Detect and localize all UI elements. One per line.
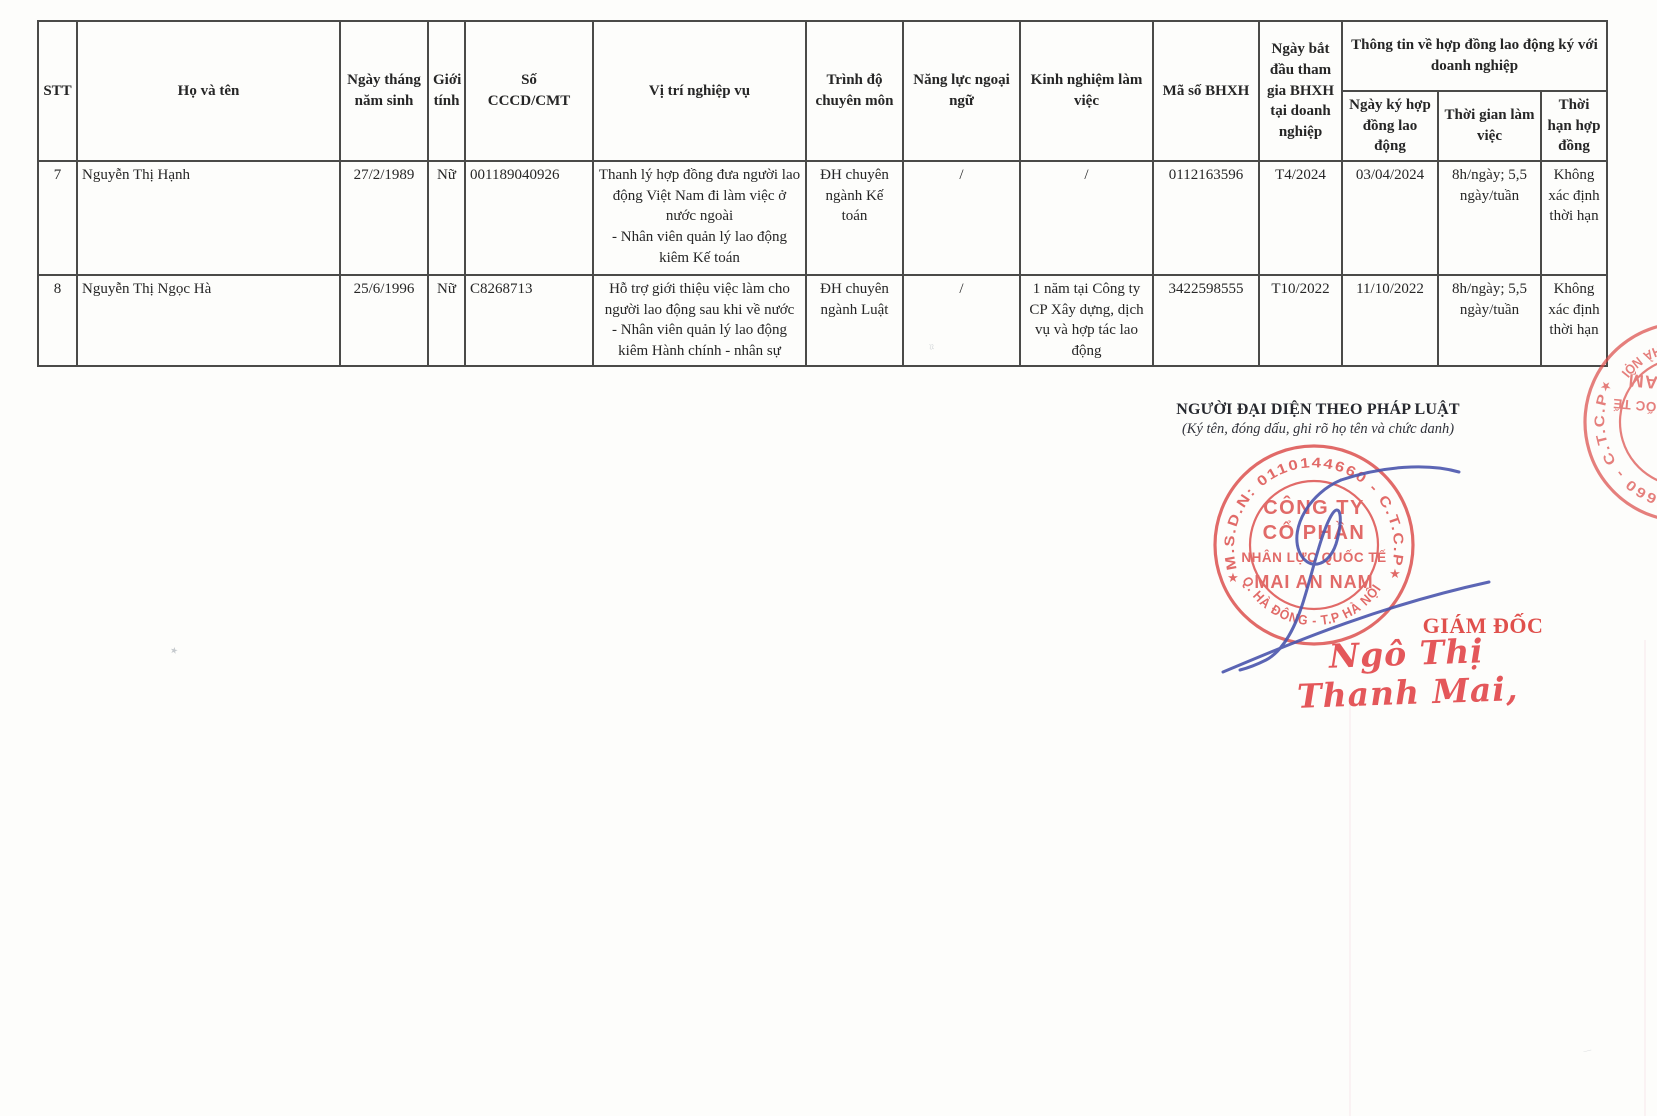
cell-name: Nguyễn Thị Ngọc Hà xyxy=(77,275,340,366)
employee-roster-table: STT Họ và tên Ngày tháng năm sinh Giới t… xyxy=(37,20,1608,367)
cell-dob: 27/2/1989 xyxy=(340,161,428,275)
cell-position: Hỗ trợ giới thiệu việc làm cho người lao… xyxy=(593,275,806,366)
header-ho-va-ten: Họ và tên xyxy=(77,21,340,161)
seal-company-line4: MAI AN NAM xyxy=(1254,572,1373,592)
cell-work-time: 8h/ngày; 5,5 ngày/tuần xyxy=(1438,275,1541,366)
seal-bottom-arc-text: Q. HÀ ĐÔNG - T.P HÀ NỘI xyxy=(1617,333,1657,399)
legal-representative-block: NGƯỜI ĐẠI DIỆN THEO PHÁP LUẬT (Ký tên, đ… xyxy=(1125,401,1511,438)
header-stt: STT xyxy=(38,21,77,161)
cell-id: 001189040926 xyxy=(465,161,593,275)
seal-bottom-arc-text: Q. HÀ ĐÔNG - T.P HÀ NỘI xyxy=(1239,574,1384,628)
header-thoi-han-hop-dong: Thời hạn hợp đồng xyxy=(1541,91,1607,161)
seal-company-line4: MAI AN NAM xyxy=(1627,370,1657,400)
table-row-7: 7 Nguyễn Thị Hạnh 27/2/1989 Nữ 001189040… xyxy=(38,161,1607,275)
seal-star-right-icon: ★ xyxy=(1389,566,1401,581)
table-header-row-1: STT Họ và tên Ngày tháng năm sinh Giới t… xyxy=(38,21,1607,91)
cell-experience: 1 năm tại Công ty CP Xây dựng, dịch vụ v… xyxy=(1020,275,1153,366)
header-thoi-gian-lam-viec: Thời gian làm việc xyxy=(1438,91,1541,161)
cell-experience: / xyxy=(1020,161,1153,275)
cell-stt: 7 xyxy=(38,161,77,275)
cell-qualification: ĐH chuyên ngành Kế toán xyxy=(806,161,903,275)
scanner-streak xyxy=(1349,700,1351,1116)
cell-stt: 8 xyxy=(38,275,77,366)
cell-work-time: 8h/ngày; 5,5 ngày/tuần xyxy=(1438,161,1541,275)
seal-inner-ring xyxy=(1250,481,1378,609)
cell-gender: Nữ xyxy=(428,275,465,366)
scanned-document-page: STT Họ và tên Ngày tháng năm sinh Giới t… xyxy=(0,0,1657,1116)
cell-dob: 25/6/1996 xyxy=(340,275,428,366)
header-ma-so-bhxh: Mã số BHXH xyxy=(1153,21,1259,161)
header-so-cccd: Số CCCD/CMT xyxy=(465,21,593,161)
cell-bhxh-start: T10/2022 xyxy=(1259,275,1342,366)
cell-language: / xyxy=(903,275,1020,366)
seal-outer-ring xyxy=(1215,446,1413,644)
header-ngay-ky-hop-dong: Ngày ký hợp đồng lao động xyxy=(1342,91,1438,161)
cell-name: Nguyễn Thị Hạnh xyxy=(77,161,340,275)
seal-top-arc-text: M.S.D.N: 0110144660 - C.T.C.P xyxy=(1221,454,1407,571)
seal-company-line2: CỔ PHẦN xyxy=(1263,520,1366,544)
scanner-streak xyxy=(1644,640,1646,1116)
seal-inner-ring xyxy=(1615,353,1657,492)
header-group-hop-dong: Thông tin về hợp đồng lao động ký với do… xyxy=(1342,21,1607,91)
seal-company-line3: NHÂN LỰC QUỐC TẾ xyxy=(1241,550,1386,565)
cell-sign-date: 11/10/2022 xyxy=(1342,275,1438,366)
cell-gender: Nữ xyxy=(428,161,465,275)
scan-artifact: ⁄ xyxy=(1583,1047,1591,1057)
header-ngoai-ngu: Năng lực ngoại ngữ xyxy=(903,21,1020,161)
seal-star-left-icon: ★ xyxy=(1227,570,1239,585)
cell-bhxh: 3422598555 xyxy=(1153,275,1259,366)
seal-top-arc-text: M.S.D.N: 0110144660 - C.T.C.P xyxy=(1583,387,1657,520)
scan-artifact: ٭︎ xyxy=(168,640,180,660)
legal-representative-title: NGƯỜI ĐẠI DIỆN THEO PHÁP LUẬT xyxy=(1125,401,1511,419)
cell-bhxh-start: T4/2024 xyxy=(1259,161,1342,275)
legal-representative-subtitle: (Ký tên, đóng dấu, ghi rõ họ tên và chức… xyxy=(1125,421,1511,438)
seal-company-line3: NHÂN LỰC QUỐC TẾ xyxy=(1612,396,1657,424)
seal-star-right-icon: ★ xyxy=(1599,379,1612,395)
cell-bhxh: 0112163596 xyxy=(1153,161,1259,275)
cell-language: / xyxy=(903,161,1020,275)
company-seal: M.S.D.N: 0110144660 - C.T.C.P Q. HÀ ĐÔNG… xyxy=(1215,446,1413,644)
cell-id: C8268713 xyxy=(465,275,593,366)
header-vi-tri-nghiep-vu: Vị trí nghiệp vụ xyxy=(593,21,806,161)
cell-sign-date: 03/04/2024 xyxy=(1342,161,1438,275)
header-gioi-tinh: Giới tính xyxy=(428,21,465,161)
seal-company-line1: CÔNG TY xyxy=(1263,495,1365,519)
header-ngay-sinh: Ngày tháng năm sinh xyxy=(340,21,428,161)
cell-term: Không xác định thời hạn xyxy=(1541,161,1607,275)
cell-position: Thanh lý hợp đồng đưa người lao động Việ… xyxy=(593,161,806,275)
header-ngay-bat-dau-bhxh: Ngày bắt đầu tham gia BHXH tại doanh ngh… xyxy=(1259,21,1342,161)
cell-qualification: ĐH chuyên ngành Luật xyxy=(806,275,903,366)
cell-term: Không xác định thời hạn xyxy=(1541,275,1607,366)
pen-signature-stroke xyxy=(1341,467,1459,480)
header-trinh-do: Trình độ chuyên môn xyxy=(806,21,903,161)
table-row-8: 8 Nguyễn Thị Ngọc Hà 25/6/1996 Nữ C82687… xyxy=(38,275,1607,366)
header-kinh-nghiem: Kinh nghiệm làm việc xyxy=(1020,21,1153,161)
director-signature-name: Ngô Thị Thanh Mai, xyxy=(1261,629,1554,717)
